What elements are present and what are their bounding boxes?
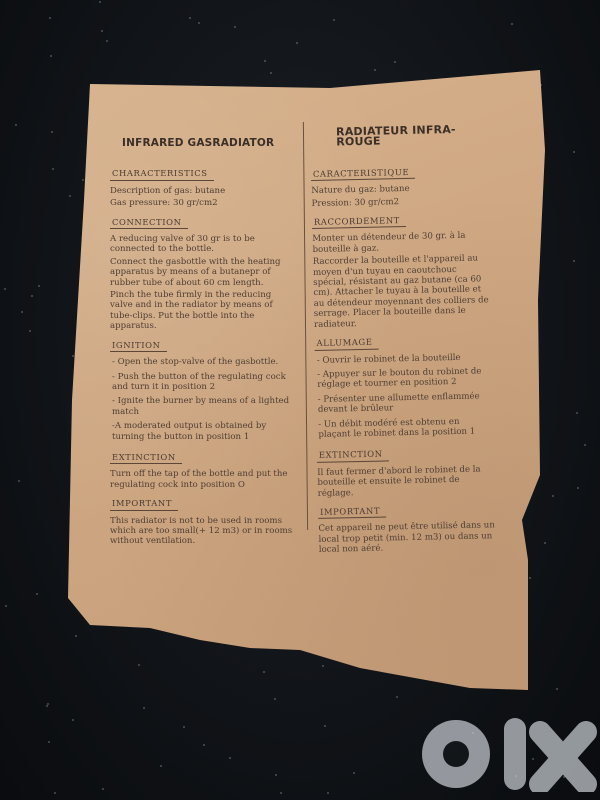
- section-text: Monter un détendeur de 30 gr. à la boute…: [312, 231, 490, 256]
- dust-speck: [322, 665, 324, 667]
- section-ignition: IGNITION- Open the stop-valve of the gas…: [110, 334, 295, 442]
- section-allumage: ALLUMAGE- Ouvrir le robinet de la boutei…: [314, 328, 494, 440]
- section-text: Raccorder la bouteille et l'appareil au …: [313, 253, 492, 330]
- dust-speck: [189, 17, 191, 19]
- dust-speck: [333, 19, 335, 21]
- step-item: - Un débit modéré est obtenu en plaçant …: [318, 416, 494, 440]
- dust-speck: [99, 1, 101, 3]
- dust-speck: [69, 195, 71, 197]
- dust-speck: [296, 42, 298, 44]
- dust-speck: [577, 487, 579, 489]
- dust-speck: [396, 696, 398, 698]
- dust-speck: [374, 69, 376, 71]
- dust-speck: [274, 698, 276, 700]
- section-heading: IMPORTANT: [110, 498, 178, 510]
- dust-speck: [511, 23, 513, 25]
- dust-speck: [52, 168, 54, 170]
- section-text: Il faut fermer d'abord le robinet de la …: [317, 464, 496, 499]
- section-extinction: EXTINCTIONTurn off the tap of the bottle…: [110, 446, 295, 490]
- section-text: Connect the gasbottle with the heating a…: [110, 257, 295, 288]
- section-text: This radiator is not to be used in rooms…: [110, 516, 295, 547]
- section-important: IMPORTANTCet appareil ne peut être utili…: [318, 497, 497, 555]
- dust-speck: [552, 495, 554, 497]
- section-raccordement: RACCORDEMENTMonter un détendeur de 30 gr…: [312, 207, 492, 330]
- section-heading: IMPORTANT: [318, 505, 386, 519]
- section-heading: EXTINCTION: [110, 452, 182, 464]
- dust-speck: [50, 55, 52, 57]
- dust-speck: [556, 688, 558, 690]
- section-caracteristique: CARACTERISTIQUENature du gaz: butanePres…: [311, 159, 490, 209]
- section-heading: CONNECTION: [110, 217, 188, 229]
- dust-speck: [38, 285, 40, 287]
- dust-speck: [51, 131, 53, 133]
- dust-speck: [72, 719, 74, 721]
- dust-speck: [18, 480, 20, 482]
- dust-speck: [584, 444, 586, 446]
- step-item: -A moderated output is obtained by turni…: [112, 421, 295, 442]
- section-text: A reducing valve of 30 gr is to be conne…: [110, 234, 295, 255]
- english-title: INFRARED GASRADIATOR: [122, 138, 295, 148]
- dust-speck: [106, 40, 108, 42]
- dust-speck: [31, 295, 33, 297]
- olx-watermark-logo: [418, 712, 598, 792]
- dust-speck: [46, 705, 48, 707]
- dust-speck: [143, 707, 145, 709]
- dust-speck: [54, 792, 56, 794]
- section-heading: ALLUMAGE: [314, 337, 378, 351]
- dust-speck: [234, 26, 236, 28]
- step-item: - Ignite the burner by means of a lighte…: [112, 396, 295, 417]
- dust-speck: [15, 124, 17, 126]
- english-column: INFRARED GASRADIATOR CHARACTERISTICSDesc…: [110, 138, 295, 549]
- section-text: Gas pressure: 30 gr/cm2: [110, 198, 295, 208]
- dust-speck: [280, 792, 282, 794]
- step-item: - Présenter une allumette enflammée deva…: [318, 391, 494, 415]
- dust-speck: [101, 30, 103, 32]
- dust-speck: [36, 593, 38, 595]
- dust-speck: [394, 61, 396, 63]
- dust-speck: [5, 605, 7, 607]
- dust-speck: [573, 151, 575, 153]
- dust-speck: [576, 412, 578, 414]
- french-title: RADIATEUR INFRA-ROUGE: [336, 124, 488, 148]
- section-heading: EXTINCTION: [317, 449, 389, 463]
- dust-speck: [573, 260, 575, 262]
- step-item: - Open the stop-valve of the gasbottle.: [112, 357, 295, 367]
- section-heading: CARACTERISTIQUE: [311, 167, 415, 182]
- dust-speck: [324, 725, 326, 727]
- section-text: Pinch the tube firmly in the reducing va…: [110, 290, 295, 332]
- section-text: Turn off the tap of the bottle and put t…: [110, 469, 295, 490]
- section-heading: RACCORDEMENT: [312, 215, 406, 229]
- dust-speck: [102, 788, 104, 790]
- step-item: - Push the button of the regulating cock…: [112, 372, 295, 393]
- dust-speck: [270, 72, 272, 74]
- dust-speck: [229, 757, 231, 759]
- section-important: IMPORTANTThis radiator is not to be used…: [110, 492, 295, 547]
- dust-speck: [75, 635, 77, 637]
- dust-speck: [264, 60, 266, 62]
- section-extinction: EXTINCTIONIl faut fermer d'abord le robi…: [317, 441, 496, 499]
- dust-speck: [544, 542, 546, 544]
- dust-speck: [82, 179, 84, 181]
- french-column: RADIATEUR INFRA-ROUGE CARACTERISTIQUENat…: [310, 124, 497, 557]
- dust-speck: [4, 288, 6, 290]
- step-item: - Appuyer sur le bouton du robinet de ré…: [317, 366, 493, 390]
- dust-speck: [353, 772, 355, 774]
- dust-speck: [203, 744, 205, 746]
- section-connection: CONNECTIONA reducing valve of 30 gr is t…: [110, 211, 295, 332]
- dust-speck: [327, 792, 329, 794]
- section-characteristics: CHARACTERISTICSDescription of gas: butan…: [110, 162, 295, 208]
- instruction-sheet: [0, 0, 600, 800]
- section-text: Description of gas: butane: [110, 186, 295, 196]
- step-item: - Ouvrir le robinet de la bouteille: [317, 352, 493, 366]
- section-heading: IGNITION: [110, 340, 167, 352]
- dust-speck: [72, 355, 74, 357]
- dust-speck: [198, 22, 200, 24]
- dust-speck: [183, 726, 185, 728]
- section-text: Cet appareil ne peut être utilisé dans u…: [318, 521, 497, 556]
- dust-speck: [48, 741, 50, 743]
- dust-speck: [529, 577, 531, 579]
- dust-speck: [160, 765, 162, 767]
- dust-speck: [21, 311, 23, 313]
- dust-speck: [49, 17, 51, 19]
- section-heading: CHARACTERISTICS: [110, 168, 214, 180]
- dust-speck: [29, 330, 31, 332]
- dust-speck: [275, 774, 277, 776]
- dust-speck: [138, 664, 140, 666]
- dust-speck: [263, 671, 265, 673]
